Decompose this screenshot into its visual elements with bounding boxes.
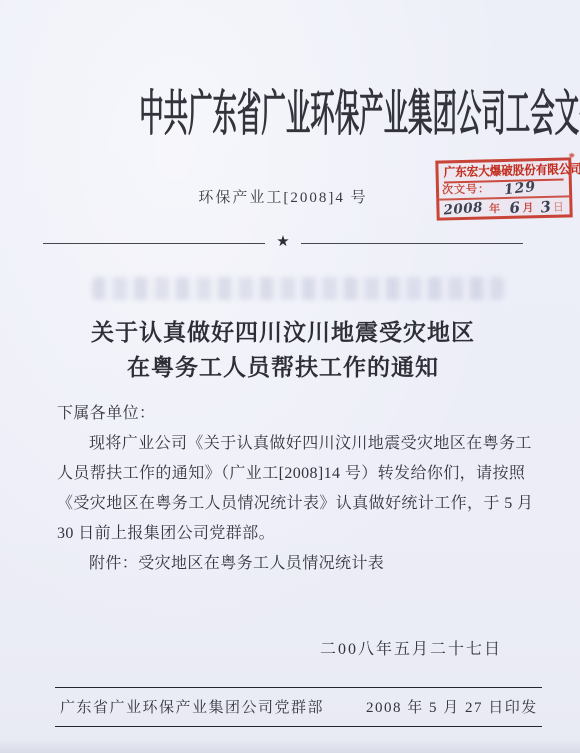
- ink-bleed-artifact: [92, 277, 504, 300]
- stamp-month-label: 月: [522, 199, 534, 215]
- stamp-docno-handwritten-value: 129: [503, 180, 537, 198]
- star-divider: ★: [43, 235, 523, 251]
- divider-line-right: [301, 243, 523, 244]
- document-page: 中共广东省广业环保产业集团公司工会文件 环保产业工[2008]4 号 广东宏大爆…: [0, 0, 580, 753]
- stamp-day-label: 日: [553, 199, 565, 215]
- body-paragraph-line: 30 日前上报集团公司党群部。: [57, 519, 525, 549]
- stamp-date-row: 2008 年 6 月 3 日: [439, 197, 569, 218]
- footer-issuer: 广东省广业环保产业集团公司党群部: [60, 696, 324, 717]
- document-masthead-title: 中共广东省广业环保产业集团公司工会文件: [139, 75, 441, 145]
- signature-date: 二00八年五月二十七日: [320, 636, 502, 659]
- document-body: 下属各单位： 现将广业公司《关于认真做好四川汶川地震受灾地区在粤务工 人员帮扶工…: [57, 399, 525, 579]
- stamp-month-handwritten: 6: [508, 198, 520, 217]
- received-registration-stamp: 广东宏大爆破股份有限公司 次文号： 129 2008 年 6 月 3 日: [435, 157, 572, 220]
- stamp-company-name: 广东宏大爆破股份有限公司: [444, 161, 564, 184]
- star-icon: ★: [276, 235, 289, 250]
- document-title-line2: 在粤务工人员帮扶工作的通知: [0, 350, 566, 385]
- stamp-year-handwritten: 2008: [443, 200, 484, 219]
- stamp-docno-label: 次文号：: [442, 182, 490, 198]
- document-footer: 广东省广业环保产业集团公司党群部 2008 年 5 月 27 日印发: [55, 687, 542, 727]
- body-paragraph-line: 《受灾地区在粤务工人员情况统计表》认真做好统计工作，于 5 月: [57, 489, 525, 519]
- footer-print-date: 2008 年 5 月 27 日印发: [366, 696, 538, 717]
- body-paragraph-line: 人员帮扶工作的通知》（广业工[2008]14 号）转发给你们，请按照: [57, 459, 525, 489]
- document-title-line1: 关于认真做好四川汶川地震受灾地区: [0, 315, 566, 350]
- divider-line-left: [43, 243, 265, 244]
- stamp-year-label: 年: [489, 200, 501, 216]
- document-title: 关于认真做好四川汶川地震受灾地区 在粤务工人员帮扶工作的通知: [0, 315, 566, 385]
- body-paragraph-line: 现将广业公司《关于认真做好四川汶川地震受灾地区在粤务工: [57, 429, 525, 459]
- stamp-day-handwritten: 3: [539, 197, 552, 216]
- body-attachment-line: 附件：受灾地区在粤务工人员情况统计表: [57, 549, 525, 579]
- body-salutation: 下属各单位：: [57, 399, 525, 429]
